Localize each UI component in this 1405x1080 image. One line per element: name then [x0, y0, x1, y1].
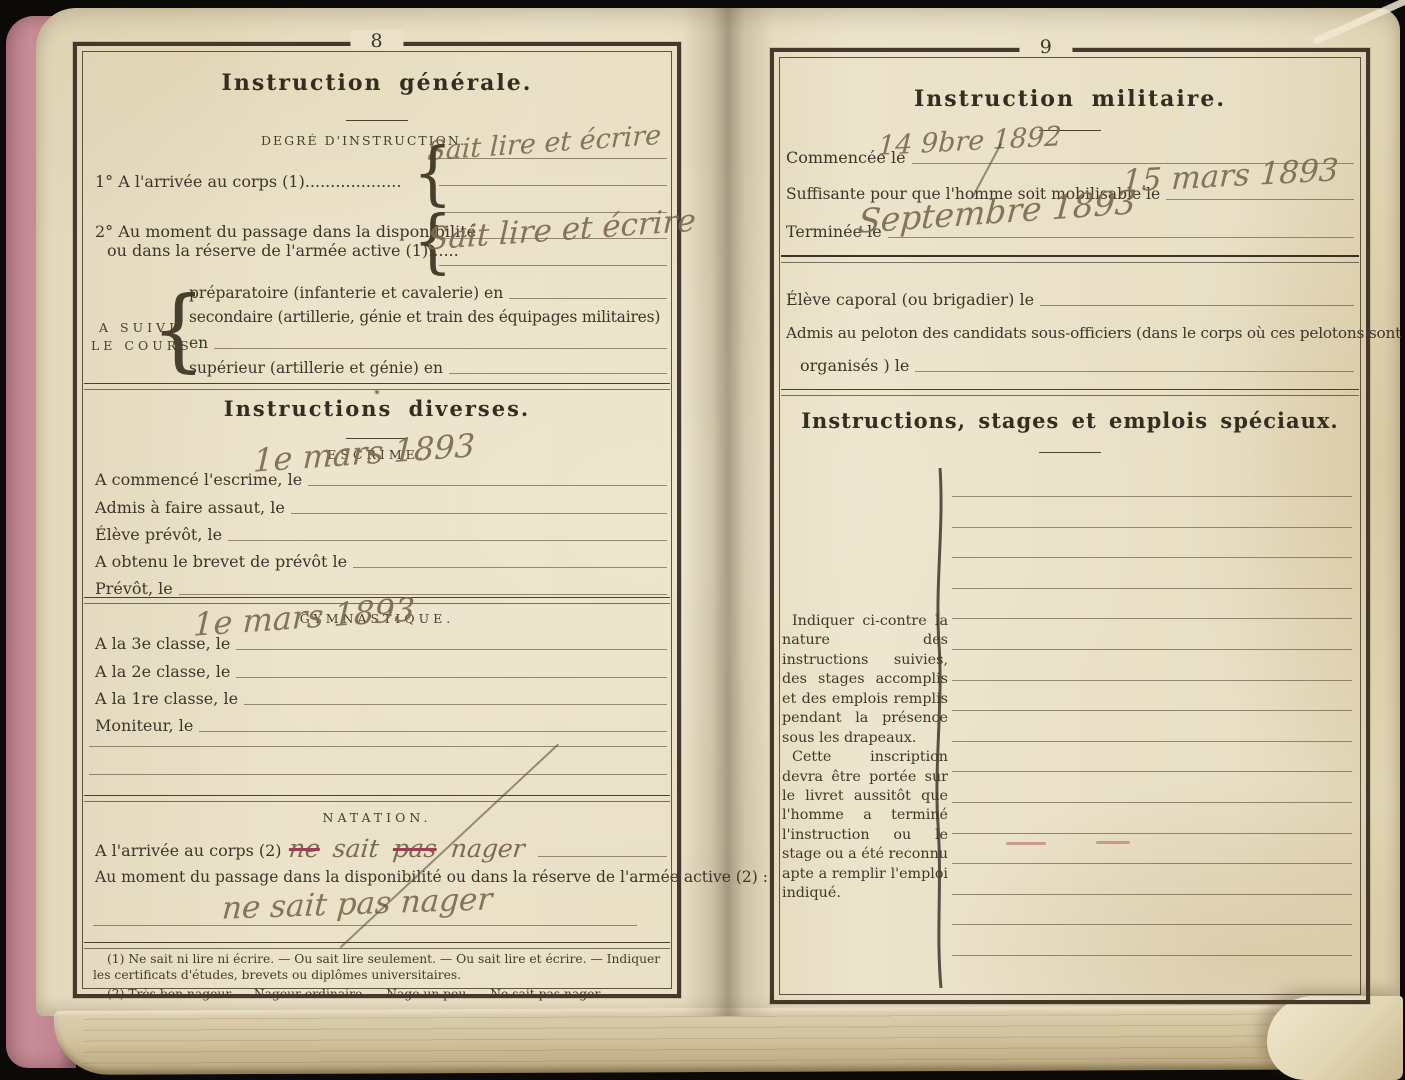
gym-row-2: A la 2e classe, le — [95, 662, 667, 682]
option-label: supérieur (artillerie et génie) en — [189, 359, 443, 378]
red-ink-showthrough — [1006, 842, 1046, 845]
option-label: en — [189, 334, 208, 353]
peloton-row-1: Admis au peloton des candidats sous-offi… — [786, 324, 1401, 343]
ruled-fill — [244, 704, 667, 705]
ruled-line — [952, 649, 1352, 650]
row-label: Prévôt, le — [95, 579, 173, 599]
ruled-fill — [1040, 305, 1354, 306]
ruled-line — [89, 774, 667, 775]
margin-note: Indiquer ci-contre la nature des instruc… — [782, 612, 948, 904]
ruled-fill — [1166, 199, 1354, 200]
diverses-title: Instructions diverses. — [77, 396, 677, 421]
stages-title: Instructions, stages et emplois spéciaux… — [774, 408, 1366, 433]
natation-heading: NATATION. — [77, 810, 677, 825]
ruled-fill — [509, 298, 667, 299]
ruled-fill — [353, 567, 667, 568]
ruled-fill — [228, 540, 667, 541]
escrime-row-3: Élève prévôt, le — [95, 525, 667, 545]
row-label: A commencé l'escrime, le — [95, 470, 302, 490]
peloton-row-2: organisés ) le — [800, 356, 1354, 376]
ruled-line — [952, 588, 1352, 589]
title-rule — [346, 120, 408, 121]
footnote-1: (1) Ne sait ni lire ni écrire. — Ou sait… — [93, 951, 663, 984]
handwriting-pas-struck: pas — [392, 834, 439, 863]
ruled-fill — [214, 348, 667, 349]
ruled-line — [952, 955, 1352, 956]
ruled-line — [952, 802, 1352, 803]
ruled-line — [952, 680, 1352, 681]
ruled-line — [952, 863, 1352, 864]
eleve-caporal-row: Élève caporal (ou brigadier) le — [786, 290, 1354, 310]
course-option-3: en — [189, 334, 667, 353]
ruled-fill — [291, 513, 667, 514]
course-option-2: secondaire (artillerie, génie et train d… — [189, 308, 660, 327]
option-label: préparatoire (infanterie et cavalerie) e… — [189, 284, 503, 303]
sheet-edge-lines — [84, 1013, 1354, 1065]
row-label: Élève caporal (ou brigadier) le — [786, 290, 1034, 310]
ruled-fill — [308, 485, 667, 486]
red-ink-showthrough — [1096, 841, 1130, 844]
row-passage-2: ou dans la réserve de l'armée active (1)… — [107, 241, 459, 261]
escrime-row-4: A obtenu le brevet de prévôt le — [95, 552, 667, 572]
ruled-fill — [449, 373, 667, 374]
row-arrivee-corps: 1° A l'arrivée au corps (1).............… — [95, 172, 401, 192]
row-label: 1° A l'arrivée au corps (1).............… — [95, 172, 401, 192]
section-divider — [781, 389, 1359, 396]
course-option-4: supérieur (artillerie et génie) en — [189, 359, 667, 378]
course-option-1: préparatoire (infanterie et cavalerie) e… — [189, 284, 667, 303]
ruled-line — [952, 618, 1352, 619]
gym-row-3: A la 1re classe, le — [95, 689, 667, 709]
handwriting-nager: nager — [449, 834, 526, 863]
ruled-line — [952, 741, 1352, 742]
scanned-military-booklet: 8 Instruction générale. DEGRÉ D'INSTRUCT… — [0, 0, 1405, 1080]
escrime-row-1: A commencé l'escrime, le — [95, 470, 667, 490]
ruled-line — [952, 771, 1352, 772]
footnote-2: (2) Très bon nageur. — Nageur ordinaire.… — [93, 986, 663, 1002]
page-9-number: 9 — [1020, 36, 1073, 58]
ruled-line — [952, 496, 1352, 497]
handwriting-sait-lire-2: Sait lire et écrire — [427, 203, 697, 258]
handwriting-ne-struck: ne — [287, 834, 321, 863]
row-label: ou dans la réserve de l'armée active (1)… — [107, 241, 459, 261]
ruled-fill — [199, 731, 667, 732]
section-divider — [84, 942, 670, 949]
gym-row-4: Moniteur, le — [95, 716, 667, 736]
row-label: Admis au peloton des candidats sous-offi… — [786, 324, 1401, 343]
center-gutter-shadow — [682, 8, 774, 1016]
page-8-number: 8 — [350, 30, 403, 52]
ruled-line — [89, 746, 667, 747]
ruled-fill — [538, 856, 667, 857]
page-8-frame: 8 Instruction générale. DEGRÉ D'INSTRUCT… — [73, 42, 681, 998]
section-divider — [84, 795, 670, 802]
ruled-line — [952, 894, 1352, 895]
ruled-line — [952, 833, 1352, 834]
row-label: A obtenu le brevet de prévôt le — [95, 552, 347, 572]
ruled-line — [952, 557, 1352, 558]
page-9-title: Instruction militaire. — [774, 86, 1366, 112]
ruled-fill — [236, 677, 667, 678]
page-9-frame: 9 Instruction militaire. Commencée le 14… — [770, 48, 1370, 1004]
handwriting-sait-lire-1: Sait lire et écrire — [427, 120, 662, 167]
handwriting-ne-sait-pas-nager: ne sait pas nager — [221, 881, 494, 927]
row-label: A la 1re classe, le — [95, 689, 238, 709]
escrime-row-2: Admis à faire assaut, le — [95, 498, 667, 518]
section-divider — [781, 255, 1359, 263]
natation-row-1: A l'arrivée au corps (2) ne sait pas nag… — [95, 832, 667, 861]
gym-row-1: A la 3e classe, le — [95, 634, 667, 654]
ruled-line — [952, 527, 1352, 528]
row-label: Moniteur, le — [95, 716, 193, 736]
margin-note-paragraph-2: Cette inscription devra être portée sur … — [782, 748, 948, 904]
ruled-fill — [888, 237, 1354, 238]
ruled-line — [952, 710, 1352, 711]
ruled-fill — [915, 371, 1354, 372]
title-rule — [1039, 452, 1101, 453]
margin-note-paragraph-1: Indiquer ci-contre la nature des instruc… — [782, 612, 948, 748]
row-label: A l'arrivée au corps (2) — [95, 841, 282, 861]
handwriting-sait: sait — [332, 834, 381, 863]
ruled-fill — [236, 649, 667, 650]
ruled-line — [439, 185, 667, 186]
page-8-title: Instruction générale. — [77, 70, 677, 96]
row-label: Admis à faire assaut, le — [95, 498, 285, 518]
ruled-line — [439, 265, 667, 266]
row-label: Élève prévôt, le — [95, 525, 222, 545]
bottom-right-page-curl — [1267, 996, 1403, 1080]
ruled-line — [952, 924, 1352, 925]
ruled-line — [439, 158, 667, 159]
option-label: secondaire (artillerie, génie et train d… — [189, 308, 660, 327]
footnotes: (1) Ne sait ni lire ni écrire. — Ou sait… — [93, 951, 663, 1004]
row-label: A la 2e classe, le — [95, 662, 230, 682]
row-label: A la 3e classe, le — [95, 634, 230, 654]
row-label: organisés ) le — [800, 356, 909, 376]
ruled-fill — [179, 594, 667, 595]
